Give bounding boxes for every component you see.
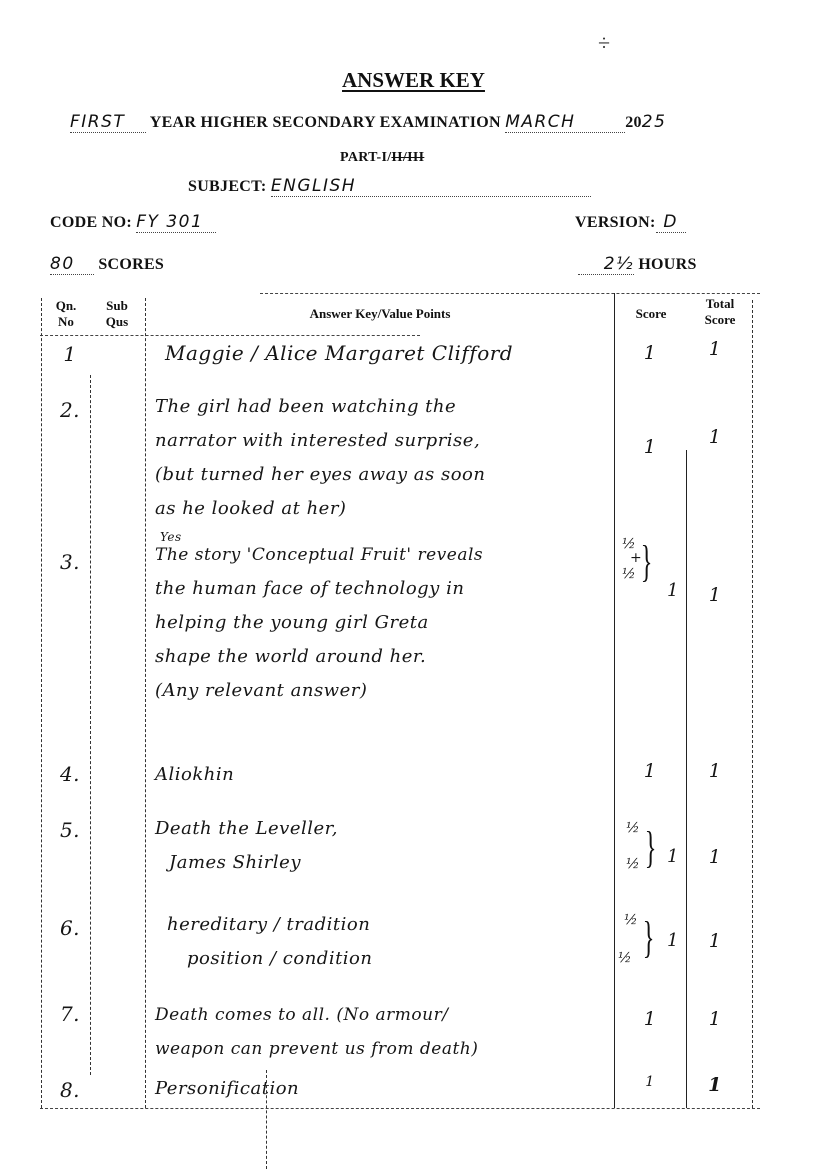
- answer-line: The girl had been watching the: [155, 390, 615, 424]
- header-score: Score: [618, 306, 684, 322]
- question-number: 7.: [50, 1002, 90, 1026]
- answer-text: Personification: [155, 1072, 615, 1106]
- answer-line: Personification: [155, 1072, 615, 1106]
- col-score-border: [686, 450, 687, 1108]
- brace-icon: }: [643, 916, 655, 960]
- header-total-line2: Score: [690, 312, 750, 328]
- answer-line: Maggie / Alice Margaret Clifford: [165, 336, 625, 370]
- code-field: FY 301: [136, 212, 216, 233]
- score: 1: [615, 1008, 685, 1030]
- col-right-border: [752, 300, 753, 1108]
- code-line: CODE NO: FY 301: [50, 212, 216, 233]
- answer-text: The girl had been watching the narrator …: [155, 390, 615, 526]
- hours-line: 2½ HOURS: [578, 254, 697, 275]
- question-number: 3.: [50, 550, 90, 574]
- answer-line: the human face of technology in: [155, 572, 615, 606]
- part-score: ½: [626, 820, 640, 836]
- total-score: 1: [690, 426, 740, 448]
- brace-icon: }: [645, 826, 657, 870]
- header-sub-qus: Sub Qus: [94, 298, 140, 330]
- part-score: ½: [626, 856, 640, 872]
- header-qn-no-line1: Qn.: [44, 298, 88, 314]
- answer-text: hereditary / tradition position / condit…: [155, 908, 615, 976]
- total-score: 1: [690, 846, 740, 868]
- header-sub-qus-line2: Qus: [94, 314, 140, 330]
- answer-line: weapon can prevent us from death): [155, 1032, 615, 1066]
- version-line: VERSION:D: [575, 212, 686, 233]
- table-top-rule: [260, 293, 760, 294]
- answer-line: narrator with interested surprise,: [155, 424, 615, 458]
- question-number: 8.: [50, 1078, 90, 1102]
- total-score: 1: [690, 1008, 740, 1030]
- total-score: 1: [690, 1074, 740, 1096]
- answer-line: The story 'Conceptual Fruit' reveals: [155, 538, 615, 572]
- version-field: D: [656, 212, 686, 233]
- title-text: ANSWER KEY: [342, 68, 485, 92]
- month-field: MARCH: [505, 112, 625, 133]
- part-score: ½: [618, 950, 632, 966]
- scores-field: 80: [50, 254, 94, 275]
- part-struck: II/III: [391, 150, 424, 165]
- hours-field: 2½: [578, 254, 634, 275]
- part-score: ½: [622, 566, 636, 582]
- question-number: 6.: [50, 916, 90, 940]
- score: 1: [667, 580, 679, 601]
- header-qn-no: Qn. No: [44, 298, 88, 330]
- scan-artifact-line: [266, 1070, 267, 1169]
- question-number: 1: [50, 342, 90, 366]
- question-number: 4.: [50, 762, 90, 786]
- answer-line: position / condition: [155, 942, 615, 976]
- total-score: 1: [690, 760, 740, 782]
- version-label: VERSION:: [575, 214, 656, 231]
- answer-line: helping the young girl Greta: [155, 606, 615, 640]
- answer-text: Maggie / Alice Margaret Clifford: [165, 336, 625, 370]
- scores-label: SCORES: [98, 256, 164, 273]
- question-number: 5.: [50, 818, 90, 842]
- col-left-border: [41, 298, 42, 1108]
- exam-label: YEAR HIGHER SECONDARY EXAMINATION: [150, 114, 501, 131]
- col-qno-border: [90, 375, 91, 1075]
- header-total-score: Total Score: [690, 296, 750, 328]
- answer-line: hereditary / tradition: [155, 908, 615, 942]
- answer-text: Aliokhin: [155, 758, 615, 792]
- exam-line: FIRST YEAR HIGHER SECONDARY EXAMINATION …: [70, 112, 666, 133]
- answer-text: Death comes to all. (No armour/ weapon c…: [155, 998, 615, 1066]
- header-total-line1: Total: [690, 296, 750, 312]
- score: 1: [615, 1074, 685, 1090]
- score: 1: [615, 760, 685, 782]
- header-answer: Answer Key/Value Points: [250, 306, 510, 322]
- hours-label: HOURS: [638, 256, 696, 273]
- scores-line: 80 SCORES: [50, 254, 164, 275]
- table-bottom-rule: [40, 1108, 760, 1109]
- answer-line: Death the Leveller,: [155, 812, 615, 846]
- header-sub-qus-line1: Sub: [94, 298, 140, 314]
- col-sub-border: [145, 298, 146, 1108]
- page-title: ANSWER KEY: [0, 68, 827, 93]
- year-suffix-field: 25: [642, 112, 667, 132]
- answer-line: (Any relevant answer): [155, 674, 615, 708]
- subject-field: ENGLISH: [271, 176, 591, 197]
- answer-line: Death comes to all. (No armour/: [155, 998, 615, 1032]
- brace-icon: }: [641, 540, 653, 584]
- total-score: 1: [690, 584, 740, 606]
- header-qn-no-line2: No: [44, 314, 88, 330]
- code-label: CODE NO:: [50, 214, 132, 231]
- part-score: ½: [624, 912, 638, 928]
- part-line: PART-I/II/III: [340, 150, 424, 166]
- total-score: 1: [690, 338, 740, 360]
- answer-line: as he looked at her): [155, 492, 615, 526]
- answer-line: (but turned her eyes away as soon: [155, 458, 615, 492]
- question-number: 2.: [50, 398, 90, 422]
- total-score: 1: [690, 930, 740, 952]
- score: 1: [615, 342, 685, 364]
- year-field: FIRST: [70, 112, 146, 133]
- subject-label: SUBJECT:: [188, 178, 267, 195]
- answer-text: Death the Leveller, James Shirley: [155, 812, 615, 880]
- score: 1: [615, 436, 685, 458]
- score: 1: [667, 846, 679, 867]
- page-mark: ÷: [598, 30, 610, 56]
- answer-line: Aliokhin: [155, 758, 615, 792]
- subject-line: SUBJECT: ENGLISH: [188, 176, 591, 197]
- score: 1: [667, 930, 679, 951]
- answer-text: The story 'Conceptual Fruit' reveals the…: [155, 538, 615, 708]
- answer-line: James Shirley: [155, 846, 615, 880]
- year-prefix: 20: [625, 114, 642, 131]
- part-label: PART-I/: [340, 150, 391, 165]
- answer-line: shape the world around her.: [155, 640, 615, 674]
